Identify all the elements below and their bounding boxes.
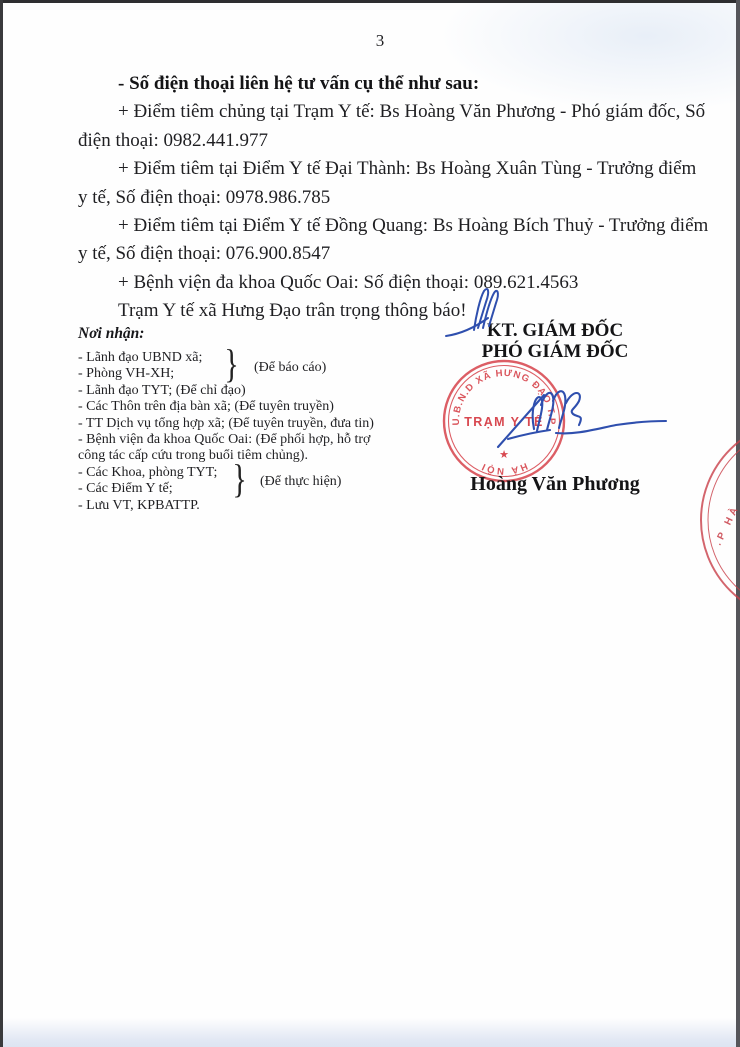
- page-number: 3: [0, 31, 740, 51]
- recipient-line: - Các Khoa, phòng TYT;: [78, 465, 438, 481]
- paraph-signature-icon: [438, 284, 508, 339]
- body-line: + Điểm tiêm tại Điểm Y tế Đồng Quang: Bs…: [78, 212, 728, 240]
- recipients-title: Nơi nhận:: [78, 325, 144, 343]
- body-heading: - Số điện thoại liên hệ tư vấn cụ thể nh…: [78, 70, 728, 98]
- recipient-line: - Các Thôn trên địa bàn xã; (Để tuyên tr…: [78, 399, 438, 415]
- edge-stamp-icon: .P HÀ: [686, 428, 740, 613]
- recipient-line: - TT Dịch vụ tổng hợp xã; (Để tuyên truy…: [78, 416, 438, 432]
- edge-stamp-text: .P HÀ: [711, 502, 740, 547]
- recipient-line: - Lưu VT, KPBATTP.: [78, 498, 438, 514]
- scanned-document-page: 3 - Số điện thoại liên hệ tư vấn cụ thể …: [0, 0, 740, 1047]
- group-note-execute: (Để thực hiện): [260, 474, 341, 490]
- signature-scribble-icon: [478, 373, 678, 458]
- body-line: + Điểm tiêm tại Điểm Y tế Đại Thành: Bs …: [78, 155, 728, 183]
- recipient-line: công tác cấp cứu trong buổi tiêm chủng).: [78, 448, 438, 464]
- recipient-line: - Lãnh đạo TYT; (Để chỉ đạo): [78, 383, 438, 399]
- body-line: + Bệnh viện đa khoa Quốc Oai: Số điện th…: [78, 269, 728, 297]
- scan-strip-bottom: [3, 1018, 736, 1047]
- group-note-report: (Để báo cáo): [254, 360, 326, 376]
- group-brace-icon: }: [232, 461, 246, 497]
- body-text: - Số điện thoại liên hệ tư vấn cụ thể nh…: [78, 70, 728, 326]
- recipient-line: - Bệnh viện đa khoa Quốc Oai: (Để phối h…: [78, 432, 438, 448]
- body-line: y tế, Số điện thoại: 0978.986.785: [78, 184, 728, 212]
- group-brace-icon: }: [224, 346, 238, 382]
- recipient-line: - Các Điểm Y tế;: [78, 481, 438, 497]
- scan-edge-left: [0, 0, 3, 1047]
- body-line: + Điểm tiêm chủng tại Trạm Y tế: Bs Hoàn…: [78, 98, 728, 126]
- body-line: điện thoại: 0982.441.977: [78, 127, 728, 155]
- signer-name: Hoàng Văn Phương: [445, 473, 665, 496]
- body-line: y tế, Số điện thoại: 076.900.8547: [78, 240, 728, 268]
